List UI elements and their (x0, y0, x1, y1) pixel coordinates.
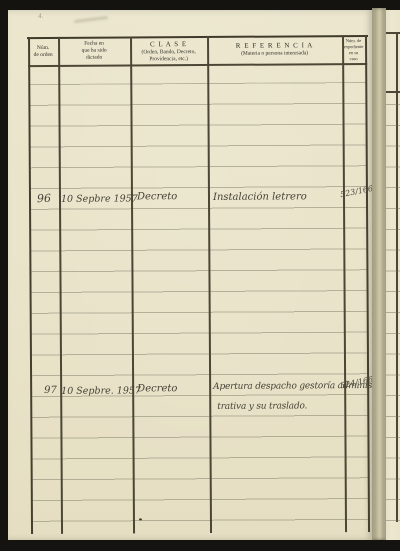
pencil-smudge (74, 16, 108, 23)
header-line: caso (342, 56, 365, 62)
header-line: de orden (28, 52, 58, 59)
header-separator-line (28, 63, 367, 67)
entry-fecha: 10 Sepbre 1957 (61, 193, 138, 204)
row-rule-lines (29, 82, 369, 525)
entry-clase: Decreto (137, 383, 177, 394)
facing-page-rule-lines (386, 104, 400, 524)
page-binding-edge (372, 8, 386, 540)
column-header-expediente: Núm. de expediente en su caso (342, 38, 365, 62)
column-header-num-orden: Núm. de orden (28, 45, 58, 59)
facing-page-header-line (386, 91, 400, 93)
column-header-clase: C L A S E (Orden, Bando, Decreto, Provid… (130, 40, 207, 64)
entry-referencia: Instalación letrero (213, 191, 307, 203)
entry-referencia-cont: trativa y su traslado. (217, 401, 307, 412)
pencil-annotation: 4. (38, 12, 44, 21)
registry-table: Núm. de orden Fecha en que ha sido dicta… (28, 35, 370, 537)
ledger-left-page: 4. Núm. de orden Fecha en que ha sido di… (8, 10, 372, 540)
scanned-ledger-page: 4. Núm. de orden Fecha en que ha sido di… (0, 0, 400, 551)
entry-fecha: 10 Sepbre. 1957 (61, 385, 141, 396)
facing-page-edge (386, 10, 400, 540)
header-line: dictado (58, 55, 130, 63)
entry-num-orden: 97 (44, 385, 57, 396)
ink-dot (139, 518, 142, 520)
entry-num-orden: 96 (37, 192, 52, 206)
header-line: (Materia o persona interesada) (207, 50, 342, 58)
column-header-fecha: Fecha en que ha sido dictado (58, 40, 130, 62)
entry-clase: Decreto (137, 191, 177, 202)
header-line: Providencia, etc.) (130, 56, 207, 64)
table-top-border (27, 35, 368, 39)
column-header-referencia: R E F E R E N C I A (Materia o persona i… (207, 41, 342, 58)
facing-page-table-border (386, 32, 400, 34)
